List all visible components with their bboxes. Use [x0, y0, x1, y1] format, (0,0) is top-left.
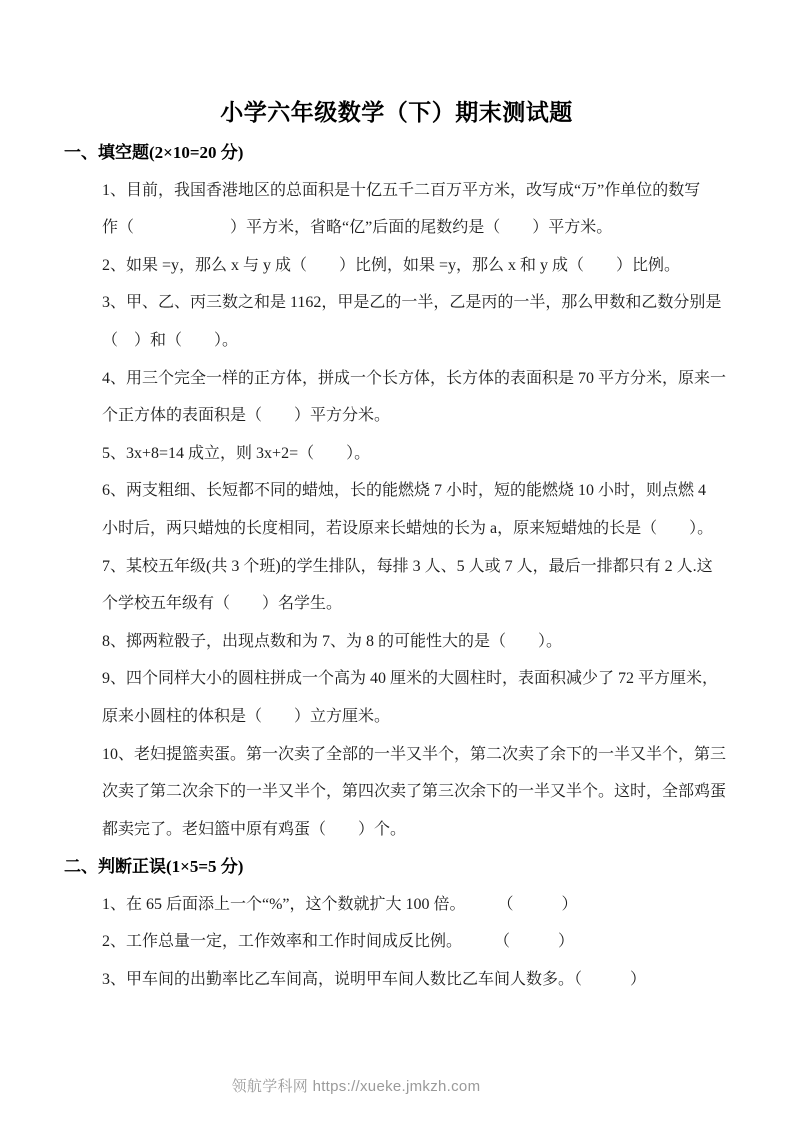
question-line: 9、四个同样大小的圆柱拼成一个高为 40 厘米的大圆柱时，表面积减少了 72 平…	[102, 660, 793, 698]
footer-text: 领航学科网 https://xueke.jmkzh.com	[232, 1078, 481, 1095]
question-line: 5、3x+8=14 成立，则 3x+2=（ ）。	[102, 435, 793, 473]
question-line: 个正方体的表面积是（ ）平方分米。	[102, 397, 793, 435]
question-line: 作（ ）平方米，省略“亿”后面的尾数约是（ ）平方米。	[102, 209, 793, 247]
question-line: 都卖完了。老妇篮中原有鸡蛋（ ）个。	[102, 811, 793, 849]
page-title: 小学六年级数学（下）期末测试题	[0, 0, 793, 128]
question-line: 4、用三个完全一样的正方体，拼成一个长方体，长方体的表面积是 70 平方分米，原…	[102, 360, 793, 398]
question-line: 10、老妇提篮卖蛋。第一次卖了全部的一半又半个，第二次卖了余下的一半又半个，第三	[102, 736, 793, 774]
question-line: 8、掷两粒骰子，出现点数和为 7、为 8 的可能性大的是（ ）。	[102, 623, 793, 661]
question-line: 1、目前，我国香港地区的总面积是十亿五千二百万平方米，改写成“万”作单位的数写	[102, 172, 793, 210]
question-line: 原来小圆柱的体积是（ ）立方厘米。	[102, 698, 793, 736]
question-line: 小时后，两只蜡烛的长度相同，若设原来长蜡烛的长为 a，原来短蜡烛的长是（ ）。	[102, 510, 793, 548]
question-line: （ ）和（ ）。	[102, 322, 793, 360]
section-heading: 一、填空题(2×10=20 分)	[64, 134, 793, 172]
test-paper-page: 小学六年级数学（下）期末测试题 一、填空题(2×10=20 分)1、目前，我国香…	[0, 0, 793, 1122]
question-line: 2、工作总量一定，工作效率和工作时间成反比例。 （ ）	[102, 923, 793, 961]
question-line: 7、某校五年级(共 3 个班)的学生排队，每排 3 人、5 人或 7 人，最后一…	[102, 548, 793, 586]
question-line: 6、两支粗细、长短都不同的蜡烛，长的能燃烧 7 小时，短的能燃烧 10 小时，则…	[102, 472, 793, 510]
sections-container: 一、填空题(2×10=20 分)1、目前，我国香港地区的总面积是十亿五千二百万平…	[0, 134, 793, 999]
question-line: 3、甲、乙、丙三数之和是 1162，甲是乙的一半，乙是丙的一半，那么甲数和乙数分…	[102, 284, 793, 322]
question-line: 个学校五年级有（ ）名学生。	[102, 585, 793, 623]
section-heading: 二、判断正误(1×5=5 分)	[64, 848, 793, 886]
question-line: 3、甲车间的出勤率比乙车间高，说明甲车间人数比乙车间人数多。（ ）	[102, 961, 793, 999]
footer-watermark: 领航学科网 https://xueke.jmkzh.com	[0, 1075, 712, 1096]
question-line: 次卖了第二次余下的一半又半个，第四次卖了第三次余下的一半又半个。这时，全部鸡蛋	[102, 773, 793, 811]
question-line: 1、在 65 后面添上一个“%”，这个数就扩大 100 倍。 （ ）	[102, 886, 793, 924]
question-line: 2、如果 =y，那么 x 与 y 成（ ）比例，如果 =y，那么 x 和 y 成…	[102, 247, 793, 285]
